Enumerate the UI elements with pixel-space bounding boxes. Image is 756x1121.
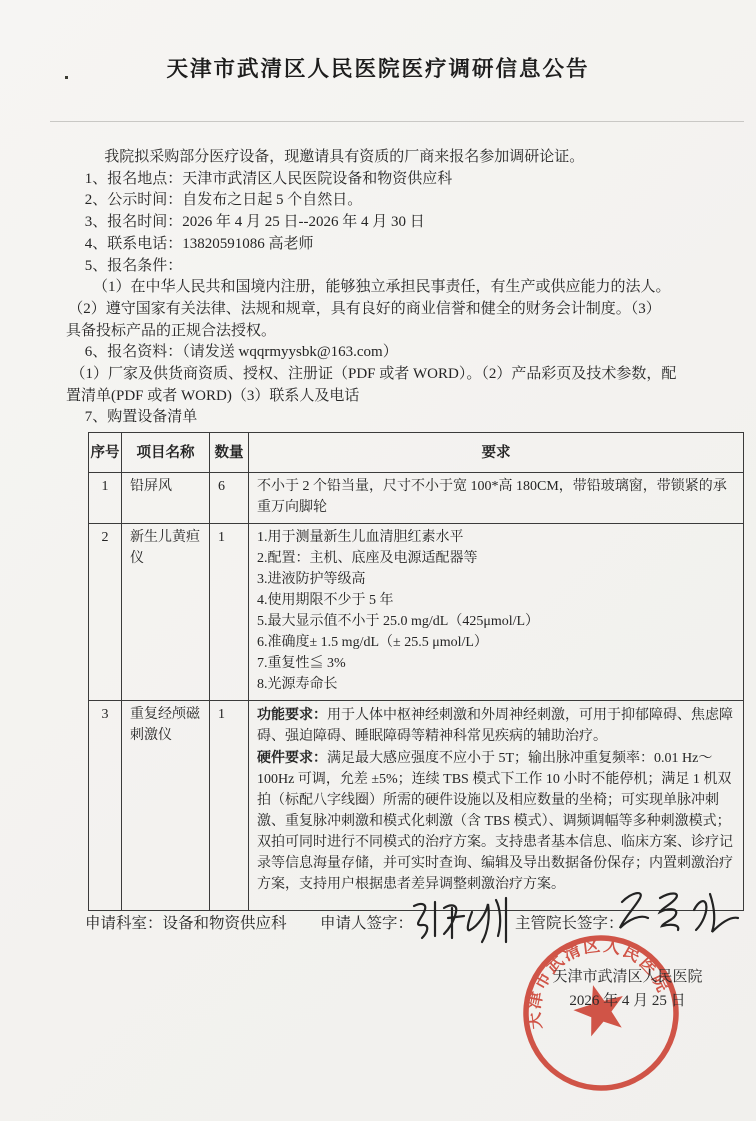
issuer-date: 2026 年 4 月 25 日 [505, 989, 750, 1013]
item-equip-list: 7、购置设备清单 [66, 407, 745, 429]
intro-paragraph: 我院拟采购部分医疗设备，现邀请具有资质的厂商来报名参加调研论证。 [66, 147, 745, 169]
row2-no: 2 [89, 524, 122, 701]
hw-req-text: 满足最大感应强度不应小于 5T；输出脉冲重复频率：0.01 Hz～100Hz 可… [257, 751, 733, 892]
item-signup-time: 3、报名时间：2026 年 4 月 25 日--2026 年 4 月 30 日 [66, 212, 745, 234]
hardware-requirements: 硬件要求：满足最大感应强度不应小于 5T；输出脉冲重复频率：0.01 Hz～10… [257, 747, 738, 895]
condition-1: （1）在中华人民共和国境内注册，能够独立承担民事责任，有生产或供应能力的法人。 [66, 277, 745, 299]
row2-req: 1.用于测量新生儿血清胆红素水平 2.配置：主机、底座及电源适配器等 3.进液防… [249, 524, 744, 701]
row1-req: 不小于 2 个铅当量，尺寸不小于宽 100*高 180CM，带铅玻璃窗，带锁紧的… [249, 473, 744, 524]
fold-line-divider [50, 121, 744, 122]
item-publicity: 2、公示时间：自发布之日起 5 个自然日。 [66, 190, 745, 212]
item-phone: 4、联系电话：13820591086 高老师 [66, 234, 745, 256]
row3-qty: 1 [210, 701, 249, 911]
func-req-label: 功能要求： [257, 706, 327, 722]
equipment-table: 序号 项目名称 数量 要求 1 铅屏风 6 不小于 2 个铅当量，尺寸不小于宽 … [88, 432, 744, 911]
item-materials: 6、报名资料：（请发送 wqqrmyysbk@163.com） [66, 342, 745, 364]
issuer-block: 天津市武清区人民医院 2026 年 4 月 25 日 [505, 965, 750, 1013]
header-req: 要求 [249, 433, 744, 473]
hw-req-label: 硬件要求： [257, 749, 327, 765]
row1-no: 1 [89, 473, 122, 524]
table-row: 3 重复经颅磁刺激仪 1 功能要求：用于人体中枢神经刺激和外周神经刺激，可用于抑… [89, 701, 744, 911]
row1-name: 铅屏风 [122, 473, 210, 524]
row3-no: 3 [89, 701, 122, 911]
header-qty: 数量 [210, 433, 249, 473]
applicant-signature [408, 892, 518, 950]
functional-requirements: 功能要求：用于人体中枢神经刺激和外周神经刺激，可用于抑郁障碍、焦虑障碍、强迫障碍… [257, 704, 738, 747]
row2-qty: 1 [210, 524, 249, 701]
applicant-sign-label: 申请人签字： [320, 911, 413, 933]
table-row: 2 新生儿黄疸仪 1 1.用于测量新生儿血清胆红素水平 2.配置：主机、底座及电… [89, 524, 744, 701]
issuer-org: 天津市武清区人民医院 [505, 965, 750, 989]
applying-department: 申请科室：设备和物资供应科 [85, 911, 287, 933]
materials-detail: （1）厂家及供货商资质、授权、注册证（PDF 或者 WORD）。（2）产品彩页及… [66, 364, 745, 407]
header-name: 项目名称 [122, 433, 210, 473]
scanned-document-page: 天津市武清区人民医院医疗调研信息公告 我院拟采购部分医疗设备，现邀请具有资质的厂… [0, 0, 756, 1121]
row1-qty: 6 [210, 473, 249, 524]
row2-name: 新生儿黄疸仪 [122, 524, 210, 701]
notice-body: 我院拟采购部分医疗设备，现邀请具有资质的厂商来报名参加调研论证。 1、报名地点：… [66, 147, 745, 429]
item-location: 1、报名地点：天津市武清区人民医院设备和物资供应科 [66, 169, 745, 191]
row3-req: 功能要求：用于人体中枢神经刺激和外周神经刺激，可用于抑郁障碍、焦虑障碍、强迫障碍… [249, 701, 744, 911]
row3-name: 重复经颅磁刺激仪 [122, 701, 210, 911]
page-title: 天津市武清区人民医院医疗调研信息公告 [0, 52, 756, 83]
func-req-text: 用于人体中枢神经刺激和外周神经刺激，可用于抑郁障碍、焦虑障碍、强迫障碍、睡眠障碍… [257, 708, 733, 744]
table-header-row: 序号 项目名称 数量 要求 [89, 433, 744, 473]
header-no: 序号 [89, 433, 122, 473]
condition-2-3: （2）遵守国家有关法律、法规和规章，具有良好的商业信誉和健全的财务会计制度。（3… [66, 299, 745, 342]
item-conditions: 5、报名条件： [66, 256, 745, 278]
table-row: 1 铅屏风 6 不小于 2 个铅当量，尺寸不小于宽 100*高 180CM，带铅… [89, 473, 744, 524]
